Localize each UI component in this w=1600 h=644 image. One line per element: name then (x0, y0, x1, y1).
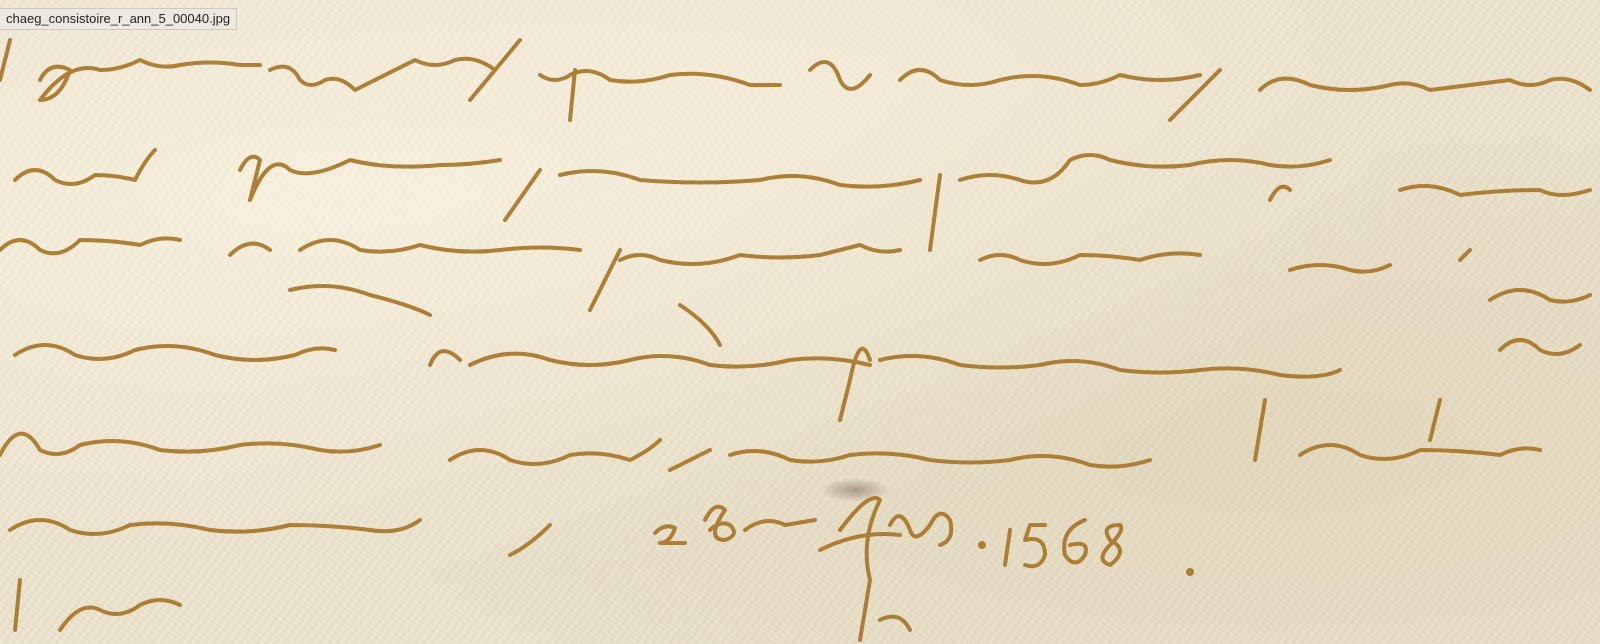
filename-label: chaeg_consistoire_r_ann_5_00040.jpg (0, 8, 237, 30)
handwriting-strokes (0, 0, 1600, 644)
